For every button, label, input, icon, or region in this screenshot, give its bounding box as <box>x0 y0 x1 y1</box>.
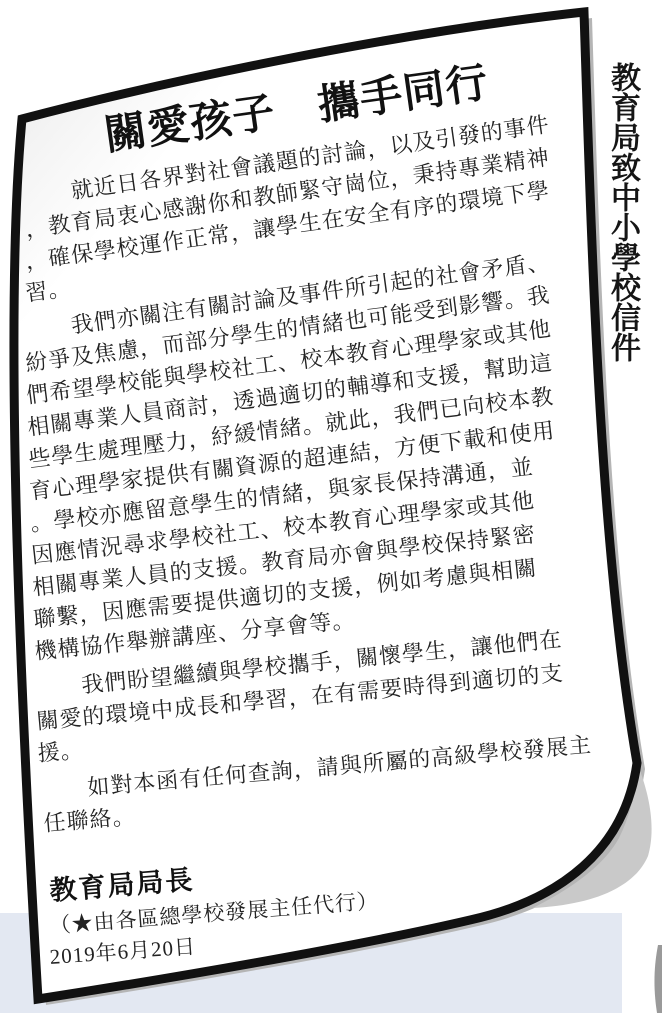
paragraph-2: 我們亦關注有關討論及事件所引起的社會矛盾、 紛爭及焦慮，而部分學生的情緒也可能受… <box>26 316 574 668</box>
page: 關愛孩子 攜手同行 就近日各界對社會議題的討論，以及引發的事件 ，教育局衷心感謝… <box>0 0 662 1013</box>
letter-paragraphs: 就近日各界對社會議題的討論，以及引發的事件 ，教育局衷心感謝你和教師緊守崗位，秉… <box>26 182 574 840</box>
paragraph-4: 如對本函有任何查詢，請與所屬的高級學校發展主 任聯絡。 <box>26 776 574 840</box>
letter-body: 關愛孩子 攜手同行 就近日各界對社會議題的討論，以及引發的事件 ，教育局衷心感謝… <box>26 122 574 972</box>
vertical-caption: 教育局致中小學校信件 <box>600 62 644 392</box>
signature-block: 教育局局長 （★由各區總學校發展主任代行） 2019年6月20日 <box>26 872 574 972</box>
edge-sliver <box>654 945 662 1013</box>
